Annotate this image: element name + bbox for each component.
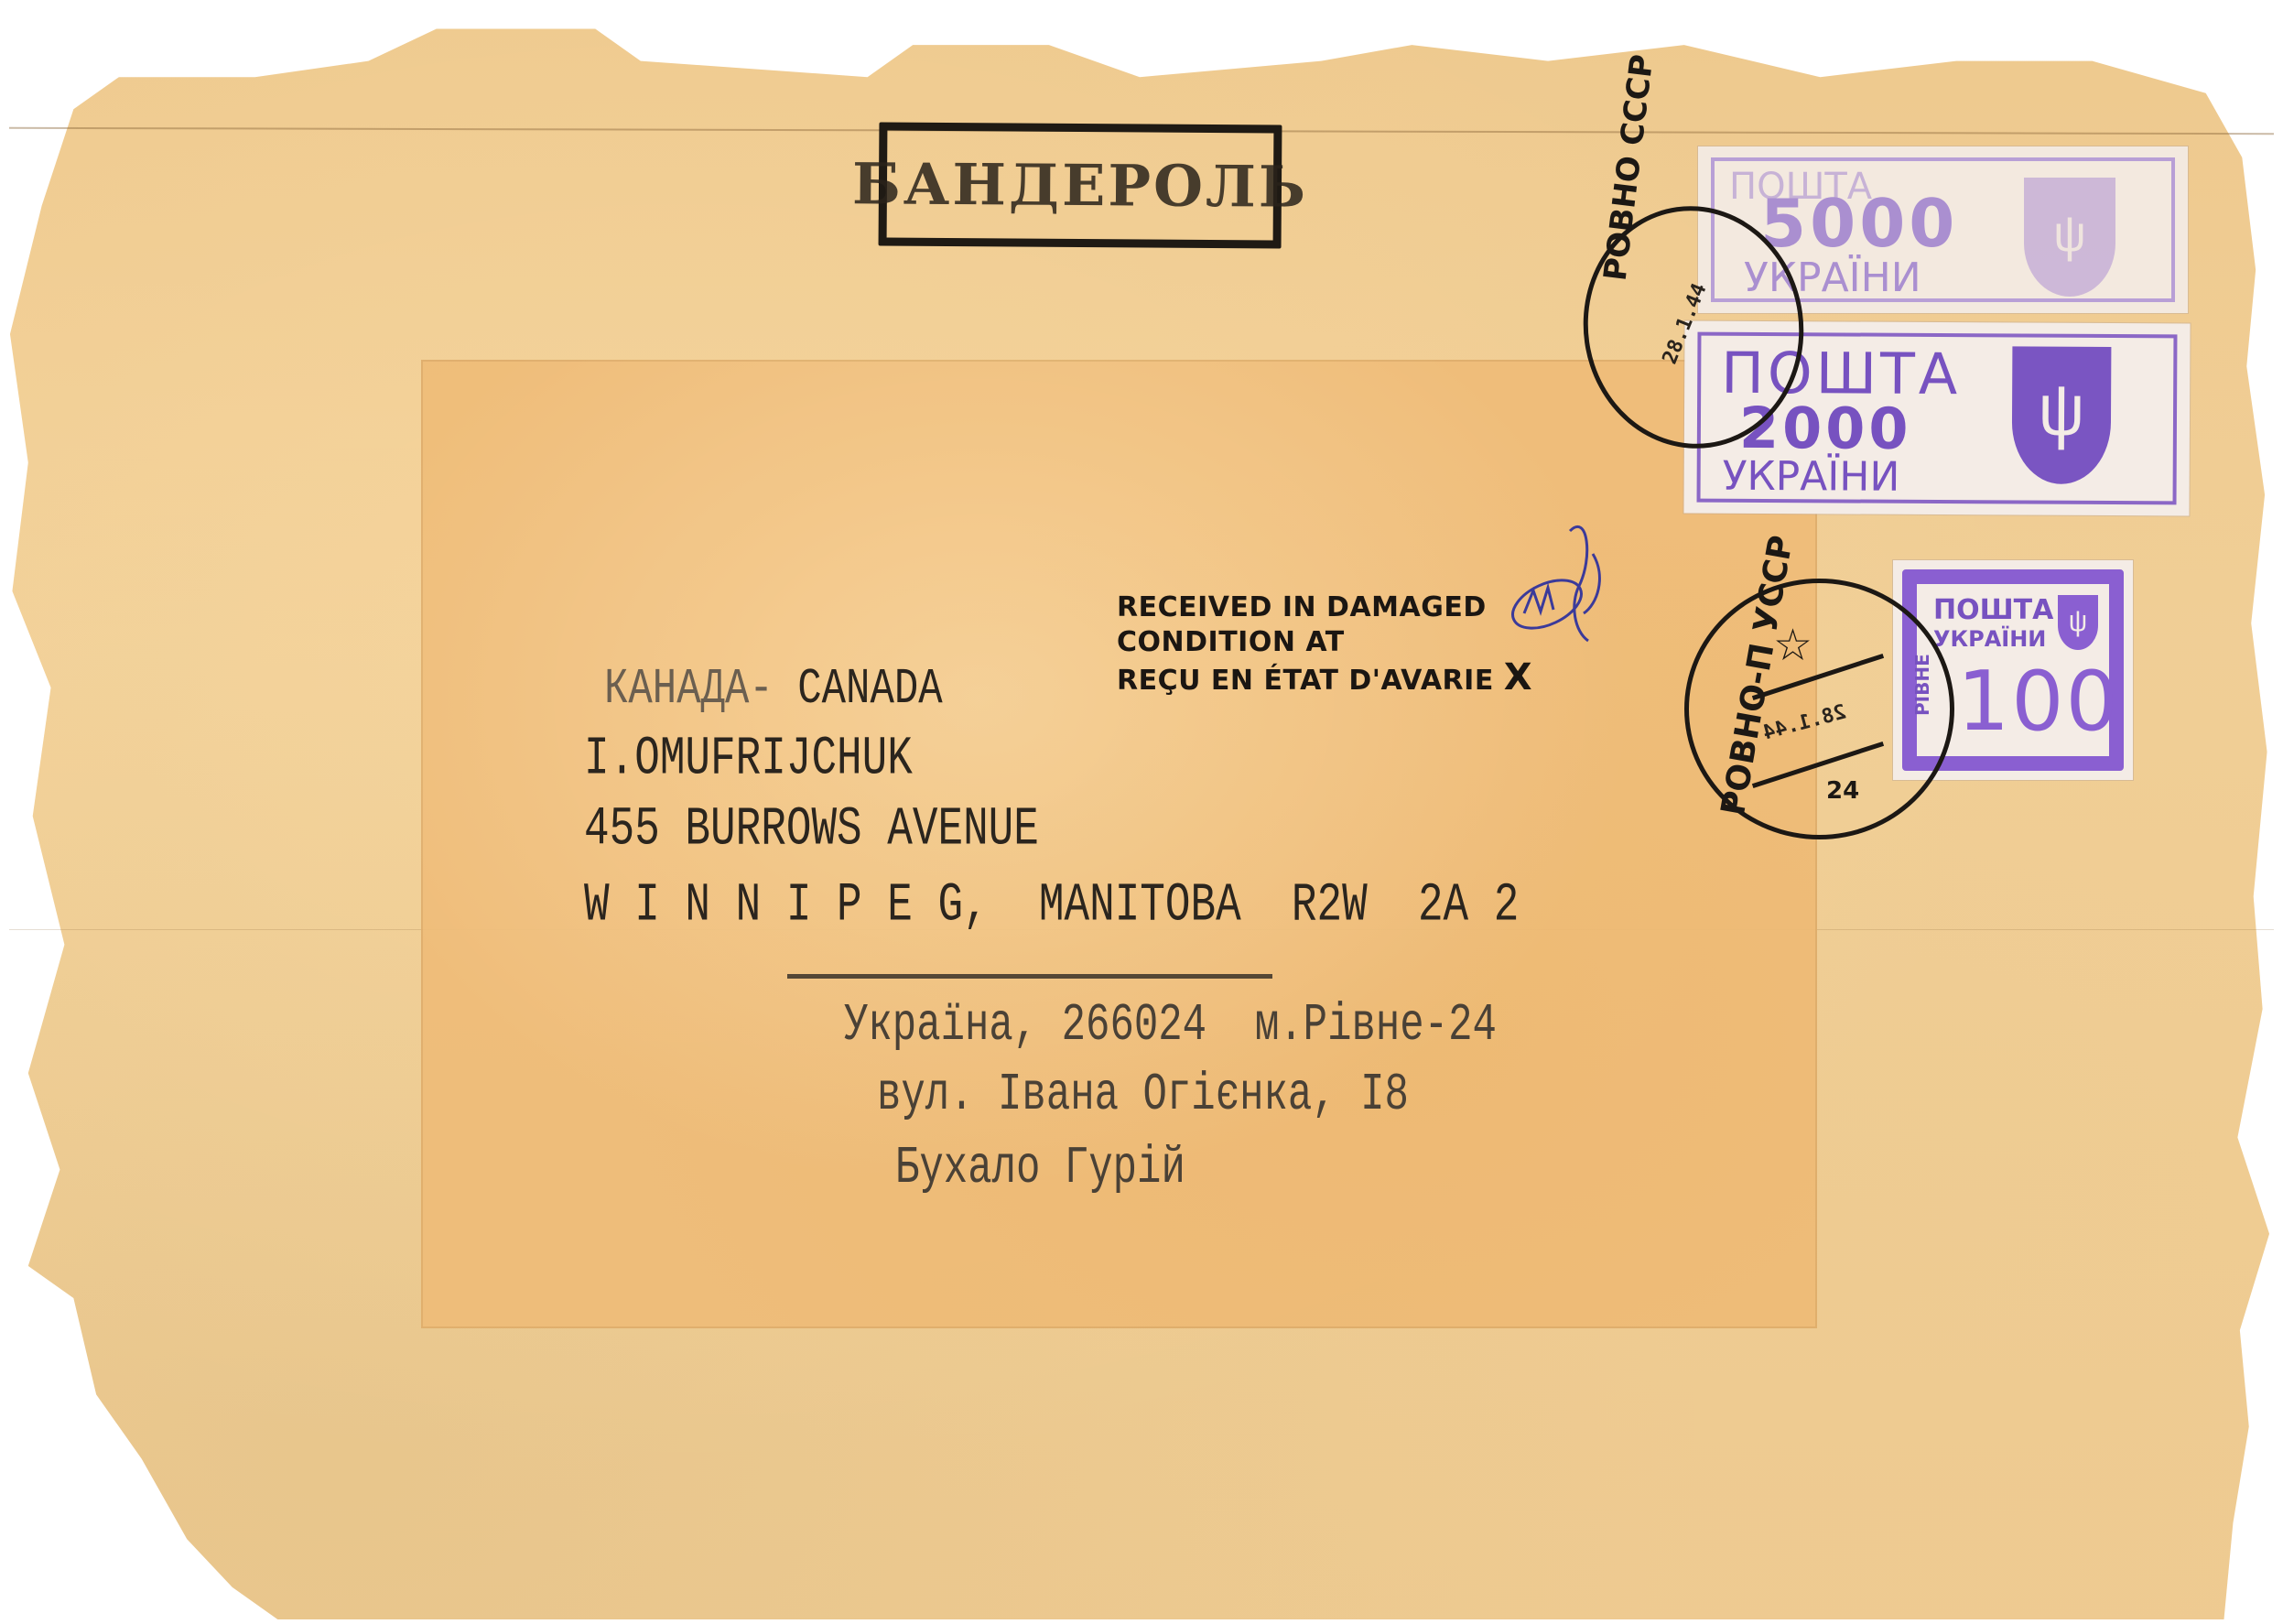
sender-line-3: Бухало Гурій xyxy=(895,1139,1185,1198)
recipient-city: W I N N I P E G, MANITOBA R2W 2A 2 xyxy=(584,874,1519,937)
postmark-bar xyxy=(1752,742,1884,788)
sender-line-1: Україна, 266024 м.Рівне-24 xyxy=(844,996,1497,1056)
stamp-subtitle: УКРАЇНИ xyxy=(1933,628,2046,650)
postmark-1: РОВНО СССР 28.1.44 xyxy=(1568,192,1820,463)
postmark-date: 28.1.44 xyxy=(1659,280,1712,367)
recipient-name: I.OMUFRIJCHUK xyxy=(584,728,913,790)
postmark-date: 28.1.44 xyxy=(1760,700,1848,744)
handstamp-mark: X xyxy=(1504,656,1532,698)
damaged-handstamp: RECEIVED IN DAMAGED CONDITION AT REÇU EN… xyxy=(1117,590,1532,698)
trident-icon: ψ xyxy=(2058,595,2098,650)
stamp-value: 5000 xyxy=(1760,190,1958,256)
cachet-text: БАНДЕРОЛЬ xyxy=(852,150,1309,220)
stamp-value: 100 xyxy=(1957,661,2120,743)
recipient-street: 455 BURROWS AVENUE xyxy=(584,798,1039,861)
country-latin: CANADA xyxy=(797,661,942,719)
stamp-top-text: ПОШТА xyxy=(1933,597,2053,624)
postmark-2: РОВНО-П УССР ☆ 28.1.44 24 xyxy=(1684,579,1954,839)
signature-icon xyxy=(1506,503,1616,650)
handstamp-line-1: RECEIVED IN DAMAGED xyxy=(1117,590,1532,625)
country-cyrillic: КАНАДА- xyxy=(604,661,774,719)
handstamp-line-2: CONDITION AT xyxy=(1117,625,1532,660)
banderol-cachet: БАНДЕРОЛЬ xyxy=(879,122,1282,248)
handstamp-line-3: REÇU EN ÉTAT D'AVARIE xyxy=(1117,665,1494,697)
star-icon: ☆ xyxy=(1773,620,1812,671)
trident-icon: ψ xyxy=(2012,346,2112,484)
sender-line-2: вул. Івана Огієнка, І8 xyxy=(877,1066,1409,1125)
stamp-bottom-text: УКРАЇНИ xyxy=(1723,457,1900,498)
trident-icon: ψ xyxy=(2024,178,2115,297)
recipient-country: КАНАДА- CANADA xyxy=(604,661,943,719)
handstamp-line-3-wrap: REÇU EN ÉTAT D'AVARIE X xyxy=(1117,660,1532,698)
postmark-index: 24 xyxy=(1826,777,1859,805)
separator-line xyxy=(787,974,1272,979)
